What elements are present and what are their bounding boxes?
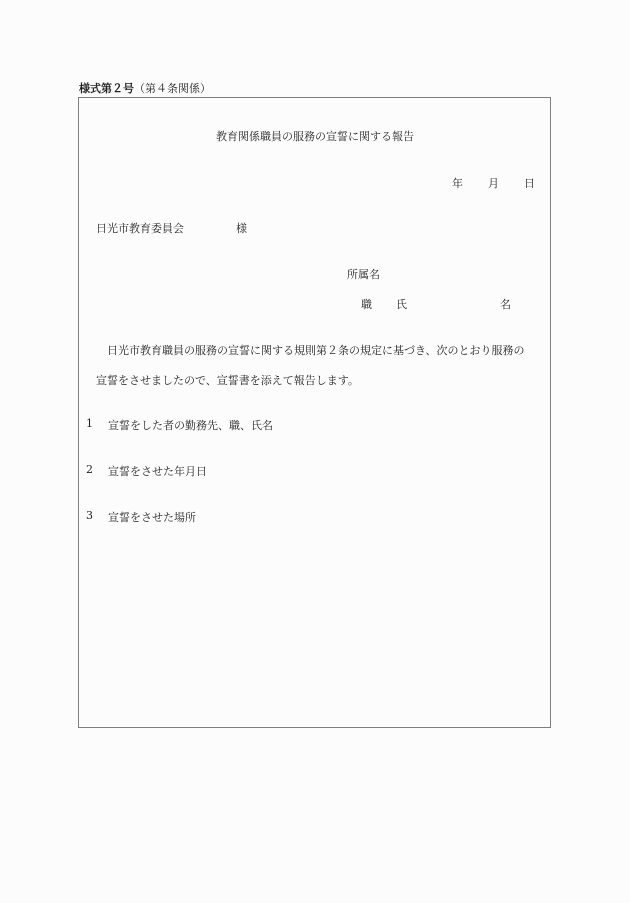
addressee-name: 日光市教育委員会: [96, 220, 184, 236]
item-2-number: 2: [86, 463, 93, 476]
date-month-label: 月: [488, 175, 499, 191]
document-title: 教育関係職員の服務の宣誓に関する報告: [0, 128, 630, 144]
report-form-frame: [78, 97, 551, 728]
form-reference: （第４条関係）: [134, 82, 211, 95]
item-3-number: 3: [86, 509, 93, 522]
form-number: 様式第２号: [79, 82, 134, 95]
item-1-text: 宣誓をした者の勤務先、職、氏名: [108, 417, 273, 433]
addressee-honorific: 様: [236, 220, 247, 236]
affiliation-label: 所属名: [347, 266, 380, 282]
position-label: 職: [361, 296, 372, 312]
form-number-label: 様式第２号（第４条関係）: [79, 80, 211, 96]
item-2-text: 宣誓をさせた年月日: [108, 463, 207, 479]
body-text-line-2: 宣誓をさせましたので、宣誓書を添えて報告します。: [96, 372, 359, 388]
date-day-label: 日: [524, 175, 535, 191]
item-3-text: 宣誓をさせた場所: [108, 509, 196, 525]
date-year-label: 年: [452, 175, 463, 191]
name-label-second: 名: [500, 296, 511, 312]
item-1-number: 1: [86, 417, 93, 430]
body-text-line-1: 日光市教育職員の服務の宣誓に関する規則第２条の規定に基づき、次のとおり服務の: [107, 342, 525, 358]
name-label-first: 氏: [396, 296, 407, 312]
